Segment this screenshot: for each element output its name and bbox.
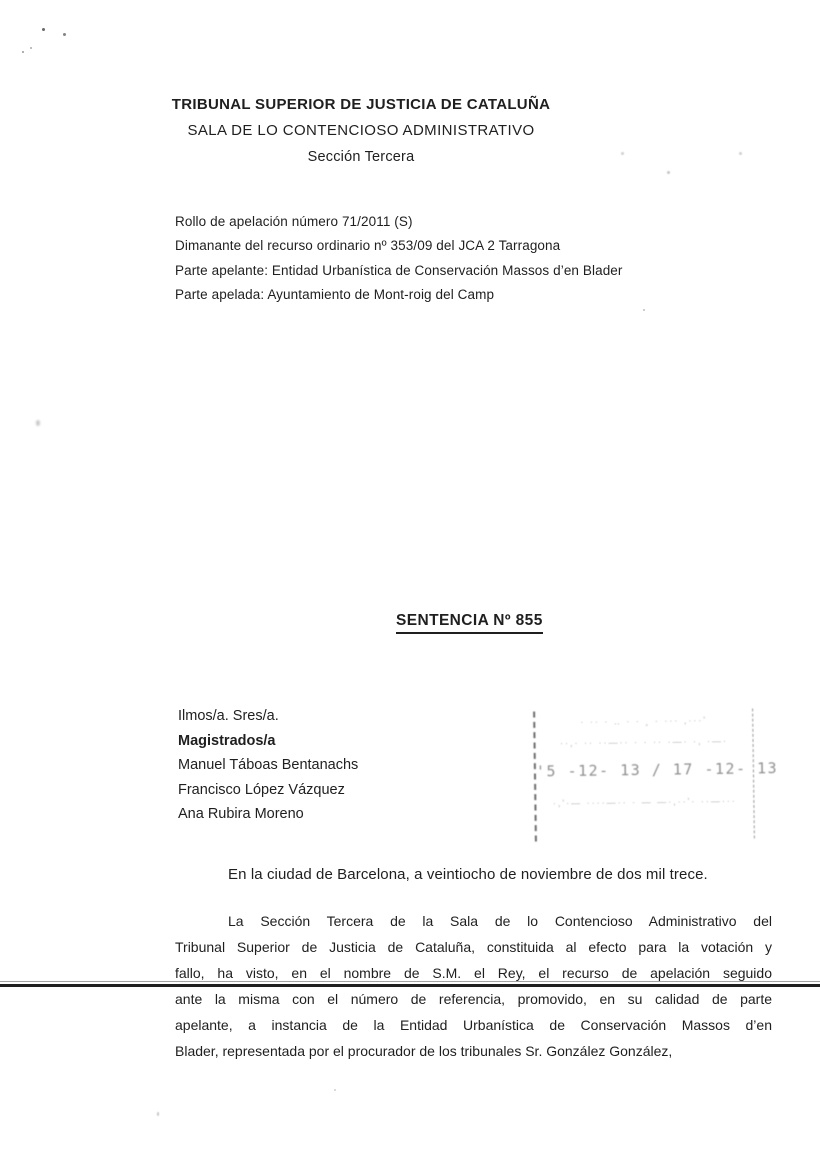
magistrates-block: Ilmos/a. Sres/a. Magistrados/a Manuel Tá… <box>178 704 508 827</box>
paragraph-line: La Sección Tercera de la Sala de lo Cont… <box>175 908 772 934</box>
body-paragraph: La Sección Tercera de la Sala de lo Cont… <box>175 908 772 1064</box>
court-name: TRIBUNAL SUPERIOR DE JUSTICIA DE CATALUÑ… <box>170 92 552 118</box>
magistrate-name: Manuel Táboas Bentanachs <box>178 753 508 778</box>
scan-speck <box>157 1112 159 1116</box>
paragraph-line: Blader, representada por el procurador d… <box>175 1038 772 1064</box>
scan-speck <box>643 309 645 311</box>
scan-speck <box>667 171 670 174</box>
stamp-date-row: '5 -12- 13 / 17 -12- 13 <box>536 759 753 780</box>
paragraph-line: fallo, ha visto, en el nombre de S.M. el… <box>175 960 772 986</box>
scan-speck <box>621 152 624 155</box>
registry-date-stamp: · ·· · ‥ · · ¸ · ··· ,···' ··,· ·· ··—··… <box>533 708 755 841</box>
magistrates-role-heading: Magistrados/a <box>178 729 508 754</box>
scanned-judgment-page: TRIBUNAL SUPERIOR DE JUSTICIA DE CATALUÑ… <box>0 0 820 1160</box>
section-name: Sección Tercera <box>170 144 552 170</box>
magistrate-name: Francisco López Vázquez <box>178 778 508 803</box>
case-info: Rollo de apelación número 71/2011 (S) Di… <box>175 210 795 308</box>
stamp-illegible-text: ·,'·— ····—·· · — —·,··'· ··—··· <box>536 795 753 808</box>
scan-speck <box>42 28 45 31</box>
date-paragraph: En la ciudad de Barcelona, a veintiocho … <box>175 866 775 883</box>
sentencia-title: SENTENCIA Nº 855 <box>396 612 543 634</box>
scan-speck <box>36 420 40 426</box>
paragraph-line: apelante, a instancia de la Entidad Urba… <box>175 1012 772 1038</box>
magistrates-salutation: Ilmos/a. Sres/a. <box>178 704 508 729</box>
scan-speck <box>30 47 32 49</box>
magistrate-name: Ana Rubira Moreno <box>178 802 508 827</box>
scan-speck <box>63 33 66 36</box>
paragraph-line: Tribunal Superior de Justicia de Cataluñ… <box>175 934 772 960</box>
chamber-name: SALA DE LO CONTENCIOSO ADMINISTRATIVO <box>170 118 552 144</box>
case-info-rollo: Rollo de apelación número 71/2011 (S) <box>175 210 795 234</box>
scan-speck <box>334 1089 336 1091</box>
scan-speck <box>739 152 742 155</box>
scan-speck <box>22 51 24 53</box>
paragraph-line: ante la misma con el número de referenci… <box>175 986 772 1012</box>
case-info-apelada: Parte apelada: Ayuntamiento de Mont-roig… <box>175 283 795 307</box>
stamp-illegible-text: ··,· ·· ··—·· · · ·· ·—· ·, ·—· <box>535 735 752 748</box>
stamp-illegible-text: · ·· · ‥ · · ¸ · ··· ,···' <box>535 714 752 728</box>
case-info-dimanante: Dimanante del recurso ordinario nº 353/0… <box>175 234 795 258</box>
court-header: TRIBUNAL SUPERIOR DE JUSTICIA DE CATALUÑ… <box>170 92 552 170</box>
case-info-apelante: Parte apelante: Entidad Urbanística de C… <box>175 259 795 283</box>
